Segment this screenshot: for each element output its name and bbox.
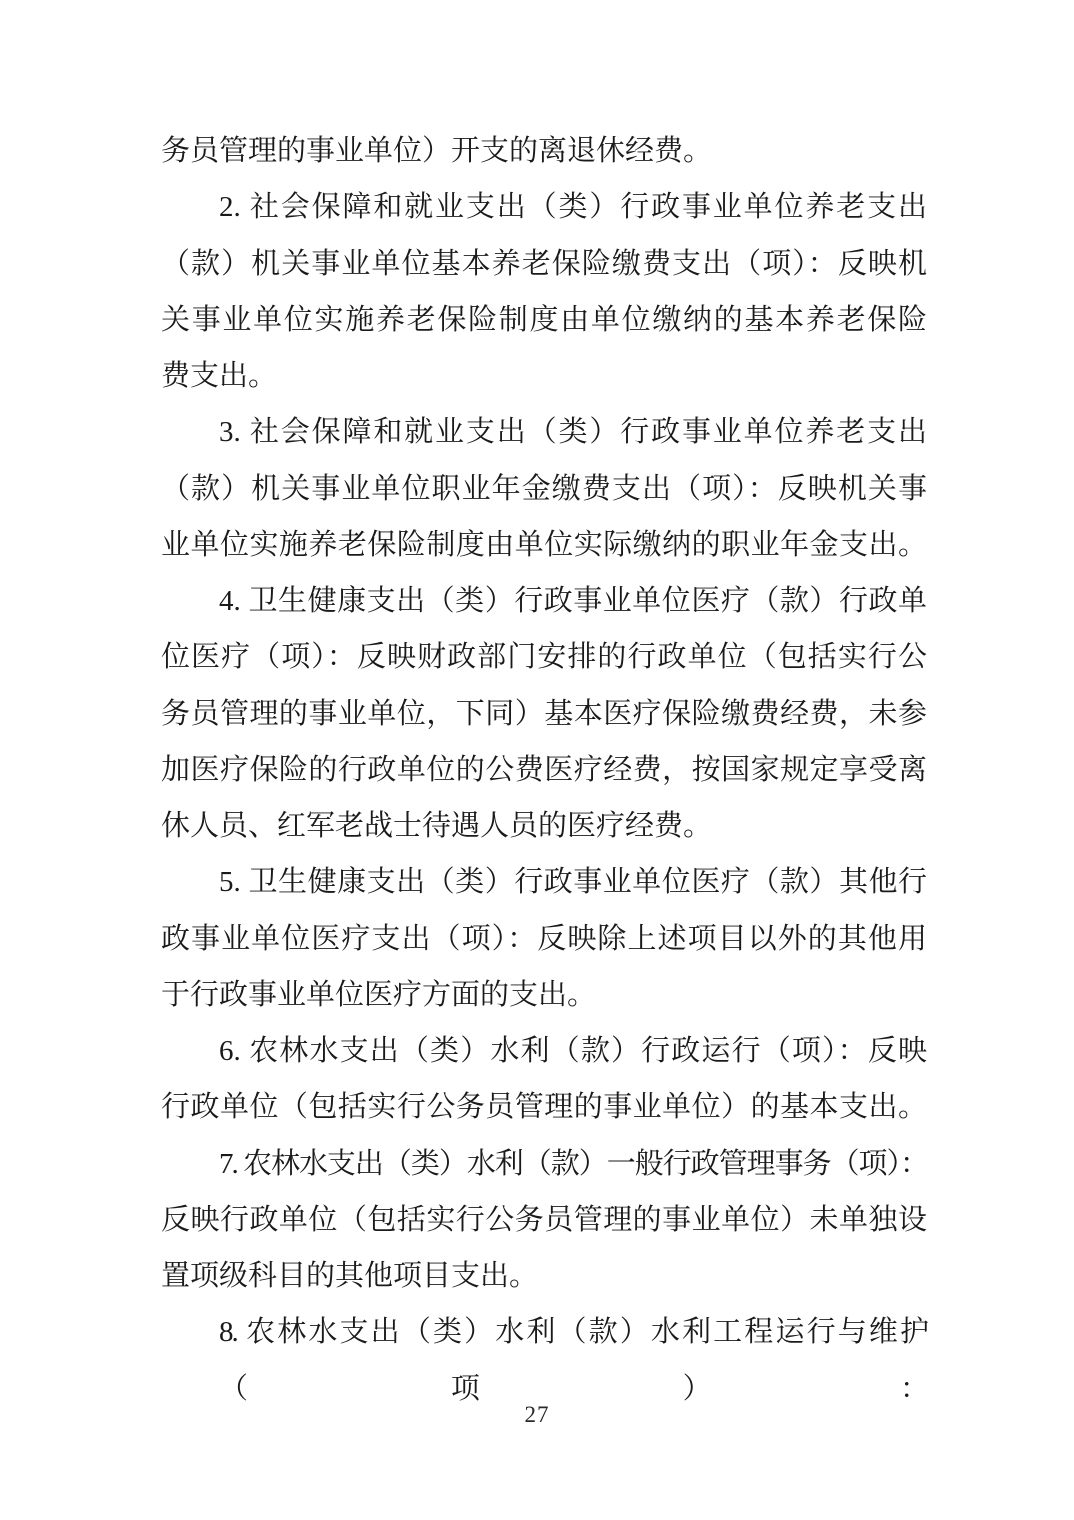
text-line: 5. 卫生健康支出（类）行政事业单位医疗（款）其他行 bbox=[161, 854, 927, 910]
text-line: 8. 农林水支出（类）水利（款）水利工程运行与维护（项）： bbox=[161, 1304, 927, 1360]
text-line: 务员管理的事业单位，下同）基本医疗保险缴费经费，未参 bbox=[161, 686, 927, 742]
text-line: 行政单位（包括实行公务员管理的事业单位）的基本支出。 bbox=[161, 1079, 927, 1135]
text-line: 费支出。 bbox=[161, 348, 927, 404]
text-line: （款）机关事业单位基本养老保险缴费支出（项）：反映机 bbox=[161, 236, 927, 292]
text-line: 4. 卫生健康支出（类）行政事业单位医疗（款）行政单 bbox=[161, 573, 927, 629]
text-line: 政事业单位医疗支出（项）：反映除上述项目以外的其他用 bbox=[161, 911, 927, 967]
text-line: 置项级科目的其他项目支出。 bbox=[161, 1248, 927, 1304]
document-page: 务员管理的事业单位）开支的离退休经费。2. 社会保障和就业支出（类）行政事业单位… bbox=[0, 0, 1074, 1520]
text-line: 加医疗保险的行政单位的公费医疗经费，按国家规定享受离 bbox=[161, 742, 927, 798]
text-line: 2. 社会保障和就业支出（类）行政事业单位养老支出 bbox=[161, 179, 927, 235]
text-line: （款）机关事业单位职业年金缴费支出（项）：反映机关事 bbox=[161, 461, 927, 517]
text-line: 3. 社会保障和就业支出（类）行政事业单位养老支出 bbox=[161, 404, 927, 460]
page-footer: 27 bbox=[0, 1402, 1074, 1428]
text-line: 业单位实施养老保险制度由单位实际缴纳的职业年金支出。 bbox=[161, 517, 927, 573]
text-line: 务员管理的事业单位）开支的离退休经费。 bbox=[161, 123, 927, 179]
text-line: 7. 农林水支出（类）水利（款）一般行政管理事务（项）： bbox=[161, 1136, 927, 1192]
text-line: 位医疗（项）：反映财政部门安排的行政单位（包括实行公 bbox=[161, 629, 927, 685]
text-line: 于行政事业单位医疗方面的支出。 bbox=[161, 967, 927, 1023]
text-line: 关事业单位实施养老保险制度由单位缴纳的基本养老保险 bbox=[161, 292, 927, 348]
page-number: 27 bbox=[525, 1402, 550, 1427]
text-line: 6. 农林水支出（类）水利（款）行政运行（项）：反映 bbox=[161, 1023, 927, 1079]
document-body: 务员管理的事业单位）开支的离退休经费。2. 社会保障和就业支出（类）行政事业单位… bbox=[161, 123, 927, 1361]
text-line: 反映行政单位（包括实行公务员管理的事业单位）未单独设 bbox=[161, 1192, 927, 1248]
text-line: 休人员、红军老战士待遇人员的医疗经费。 bbox=[161, 798, 927, 854]
